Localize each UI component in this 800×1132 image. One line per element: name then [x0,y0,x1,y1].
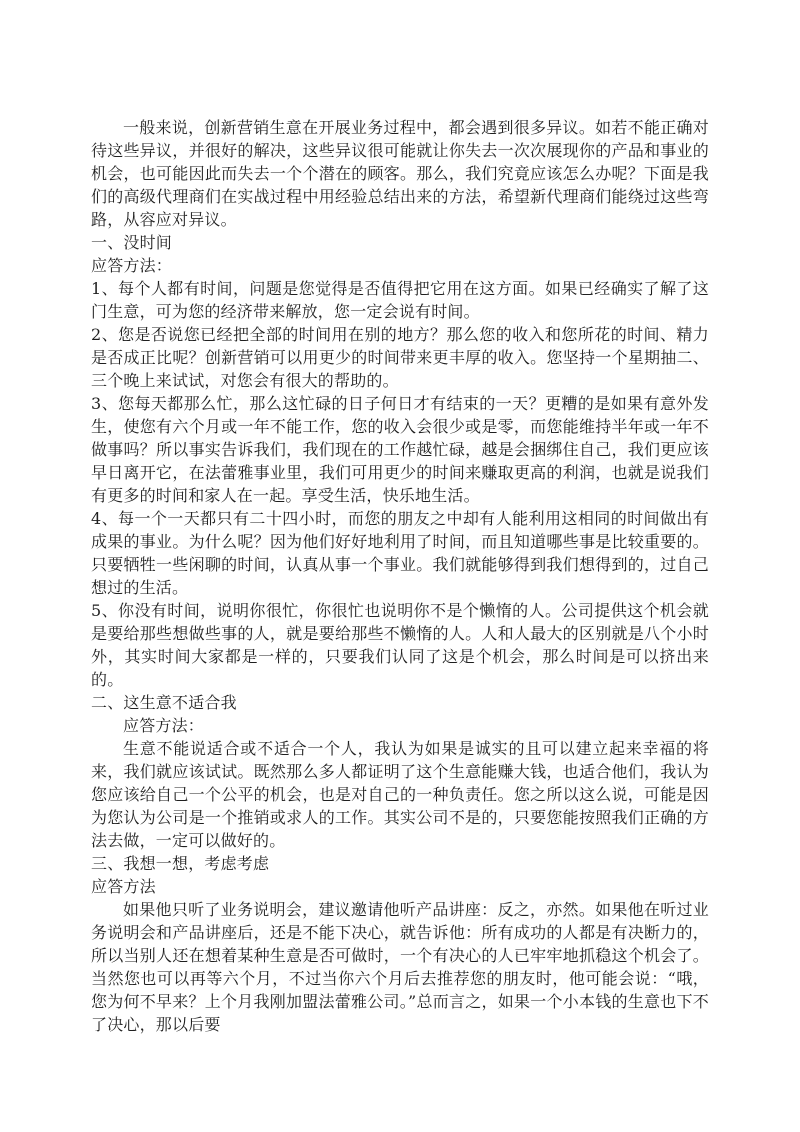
intro-paragraph: 一般来说，创新营销生意在开展业务过程中，都会遇到很多异议。如若不能正确对待这些异… [91,116,709,231]
section-2-response-label: 应答方法： [91,714,709,737]
section-1-heading: 一、没时间 [91,231,709,254]
section-2-body: 生意不能说适合或不适合一个人，我认为如果是诚实的且可以建立起来幸福的将来，我们就… [91,737,709,852]
section-1-point-2: 2、您是否说您已经把全部的时间用在别的地方？那么您的收入和您所花的时间、精力是否… [91,323,709,392]
document-content: 一般来说，创新营销生意在开展业务过程中，都会遇到很多异议。如若不能正确对待这些异… [91,116,709,1036]
section-1-point-3: 3、您每天都那么忙，那么这忙碌的日子何日才有结束的一天？更糟的是如果有意外发生，… [91,392,709,507]
section-1-point-5: 5、你没有时间，说明你很忙，你很忙也说明你不是个懒惰的人。公司提供这个机会就是要… [91,599,709,691]
section-1-point-1: 1、每个人都有时间，问题是您觉得是否值得把它用在这方面。如果已经确实了解了这门生… [91,277,709,323]
section-1-point-4: 4、每一个一天都只有二十四小时，而您的朋友之中却有人能利用这相同的时间做出有成果… [91,507,709,599]
section-1-response-label: 应答方法： [91,254,709,277]
section-3-heading: 三、我想一想，考虑考虑 [91,852,709,875]
section-3-body: 如果他只听了业务说明会，建议邀请他听产品讲座：反之，亦然。如果他在听过业务说明会… [91,898,709,1036]
section-3-response-label: 应答方法 [91,875,709,898]
document-page: 一般来说，创新营销生意在开展业务过程中，都会遇到很多异议。如若不能正确对待这些异… [0,0,800,1132]
section-2-heading: 二、这生意不适合我 [91,691,709,714]
